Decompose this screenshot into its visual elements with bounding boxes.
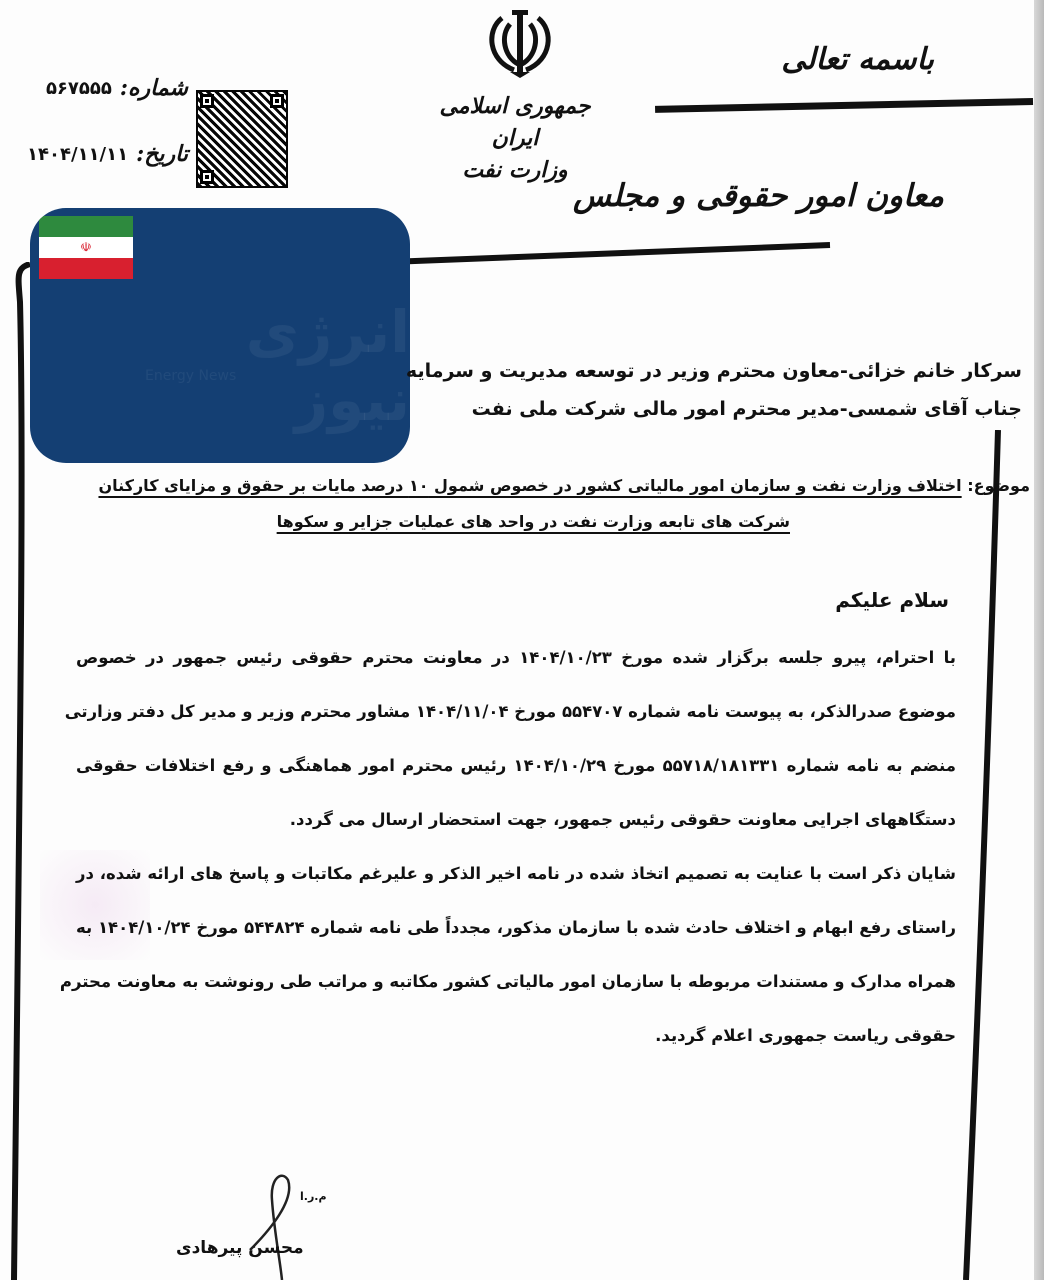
country-name: جمهوری اسلامی ایران <box>430 90 600 154</box>
letter-date: ۱۴۰۴/۱۱/۱۱ <box>27 144 128 165</box>
body-p2-line-3: همراه مدارک و مستندات مربوطه با سازمان ا… <box>76 962 956 1016</box>
body-p2-line-4: حقوقی ریاست جمهوری اعلام گردید. <box>76 1016 956 1070</box>
ministry-label: وزارت نفت <box>430 154 600 186</box>
qr-code-icon <box>196 90 288 188</box>
iran-emblem-icon <box>480 8 560 80</box>
flag-red-stripe <box>39 258 133 279</box>
flag-emblem-icon: ☫ <box>80 241 92 254</box>
right-margin-line <box>962 430 1002 1280</box>
letter-meta: ۵۶۷۵۵۵ شماره: ۱۴۰۴/۱۱/۱۱ تاریخ: <box>8 70 188 202</box>
department-title: معاون امور حقوقی و مجلس <box>573 178 944 214</box>
qr-finder-top-left <box>200 94 214 108</box>
addressee-2: جناب آقای شمسی-مدیر محترم امور مالی شرکت… <box>382 390 1022 428</box>
letter-number: ۵۶۷۵۵۵ <box>46 78 112 99</box>
body-p2-line-2: راستای رفع ابهام و اختلاف حادث شده با سا… <box>76 908 956 962</box>
subject-label: موضوع: <box>967 476 1030 495</box>
body-p2-line-1: شایان ذکر است با عنایت به تصمیم اتخاذ شد… <box>76 854 956 908</box>
ministry-name: جمهوری اسلامی ایران وزارت نفت <box>430 90 600 186</box>
iran-flag-icon: ☫ <box>39 216 133 279</box>
basmala-heading: باسمه تعالی <box>781 42 934 77</box>
letter-date-row: ۱۴۰۴/۱۱/۱۱ تاریخ: <box>8 136 188 172</box>
subject-line-2: شرکت های تابعه وزارت نفت در واحد های عمل… <box>50 504 1030 540</box>
letter-page: باسمه تعالی معاون امور حقوقی و مجلس جمهو… <box>0 0 1044 1280</box>
greeting: سلام علیکم <box>835 588 949 612</box>
subject-line-1: موضوع: اختلاف وزارت نفت و سازمان امور ما… <box>50 468 1030 504</box>
body-p1-line-4: دستگاههای اجرایی معاونت حقوقی رئیس جمهور… <box>76 800 956 854</box>
header-rule-top <box>655 98 1033 113</box>
letter-date-label: تاریخ: <box>136 141 188 167</box>
letter-number-label: شماره: <box>120 75 188 101</box>
subject-block: موضوع: اختلاف وزارت نفت و سازمان امور ما… <box>50 468 1030 540</box>
signatory-name: محسن پیرهادی <box>176 1238 304 1258</box>
addressees: سرکار خانم خزائی-معاون محترم وزیر در توس… <box>382 352 1022 428</box>
signature-title: م.ر.ا <box>300 1190 327 1203</box>
body-p1-line-1: با احترام، پیرو جلسه برگزار شده مورخ ۱۴۰… <box>76 638 956 692</box>
watermark-logo: انرژی نیوز <box>148 298 410 434</box>
qr-finder-top-right <box>270 94 284 108</box>
subject-text-1: اختلاف وزارت نفت و سازمان امور مالیاتی ک… <box>98 476 961 495</box>
body-p1-line-3: منضم به نامه شماره ۵۵۷۱۸/۱۸۱۳۳۱ مورخ ۱۴۰… <box>76 746 956 800</box>
news-watermark-overlay: ☫ انرژی نیوز Energy News <box>30 208 410 463</box>
handwritten-signature-icon <box>170 1170 370 1280</box>
page-edge-shadow <box>1034 0 1044 1280</box>
header-rule-bottom <box>405 242 830 264</box>
body-p1-line-2: موضوع صدرالذکر، به پیوست نامه شماره ۵۵۴۷… <box>76 692 956 746</box>
flag-white-stripe: ☫ <box>39 237 133 258</box>
watermark-subtitle: Energy News <box>145 368 236 384</box>
letter-body: با احترام، پیرو جلسه برگزار شده مورخ ۱۴۰… <box>76 638 956 1070</box>
left-margin-line <box>6 262 30 1280</box>
qr-finder-bottom-left <box>200 170 214 184</box>
subject-text-2: شرکت های تابعه وزارت نفت در واحد های عمل… <box>277 512 790 531</box>
flag-green-stripe <box>39 216 133 237</box>
letter-number-row: ۵۶۷۵۵۵ شماره: <box>8 70 188 106</box>
addressee-1: سرکار خانم خزائی-معاون محترم وزیر در توس… <box>382 352 1022 390</box>
